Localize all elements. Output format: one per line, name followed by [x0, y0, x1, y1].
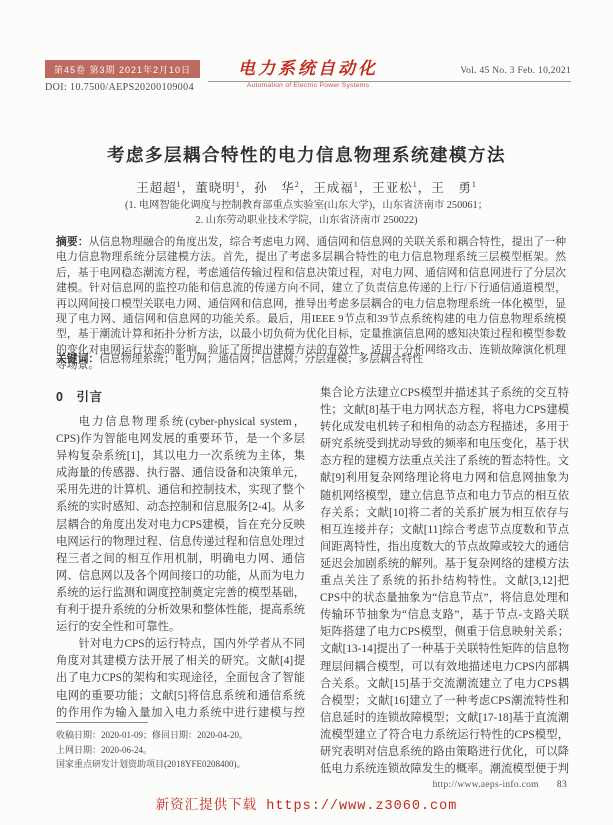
author: 孙 华2， — [254, 181, 313, 195]
footnote-block: 收稿日期：2020-01-09；修回日期：2020-04-20。 上网日期：20… — [56, 722, 308, 772]
journal-header: 第45卷 第3期 2021年2月10日 DOI: 10.7500/AEPS202… — [45, 60, 571, 108]
received-date-note: 收稿日期：2020-01-09；修回日期：2020-04-20。 — [56, 728, 308, 743]
volume-info: Vol. 45 No. 3 Feb. 10,2021 — [460, 66, 571, 76]
abstract-label: 摘要： — [56, 236, 89, 248]
affiliation-line-1: (1. 电网智能化调度与控制教育部重点实验室(山东大学)，山东省济南市 2500… — [0, 199, 613, 214]
right-column: 集合论方法建立CPS模型并描述其子系统的交互特性；文献[8]基于电力网状态方程，… — [320, 385, 569, 777]
keywords-label: 关键词： — [56, 353, 99, 365]
journal-name-en: Automation of Electric Power Systems — [213, 82, 403, 89]
body-paragraph: 电力信息物理系统(cyber-physical system，CPS)作为智能电… — [56, 414, 305, 636]
online-date-note: 上网日期：2020-06-24。 — [56, 743, 308, 758]
journal-url: http://www.aeps-info.com — [433, 780, 539, 790]
journal-logo-block: 电力系统自动化 Automation of Electric Power Sys… — [213, 60, 403, 89]
author: 王 勇1 — [431, 181, 477, 195]
abstract-text: 从信息物理融合的角度出发，综合考虑电力网、通信网和信息网的关联关系和耦合特性，提… — [56, 236, 566, 371]
author-list: 王超超1，董晓明1，孙 华2，王成福1，王亚松1，王 勇1 — [0, 178, 613, 196]
journal-logo: 电力系统自动化 — [213, 60, 403, 79]
funding-note: 国家重点研发计划资助项目(2018YFE0208400)。 — [56, 757, 308, 772]
keywords-block: 关键词：信息物理系统；电力网；通信网；信息网；分层建模；多层耦合特性 — [56, 352, 566, 367]
page-footer: http://www.aeps-info.com83 — [433, 780, 567, 790]
paper-title: 考虑多层耦合特性的电力信息物理系统建模方法 — [0, 142, 613, 167]
affiliation-line-2: 2. 山东劳动职业技术学院，山东省济南市 250022) — [0, 214, 613, 229]
affiliations: (1. 电网智能化调度与控制教育部重点实验室(山东大学)，山东省济南市 2500… — [0, 199, 613, 229]
footnote-rule — [56, 722, 148, 723]
download-watermark: 新资汇提供下载 https://www.z3060.com — [0, 793, 613, 814]
keywords-text: 信息物理系统；电力网；通信网；信息网；分层建模；多层耦合特性 — [99, 353, 423, 365]
author: 王亚松1， — [372, 181, 431, 195]
author: 王成福1， — [313, 181, 372, 195]
author: 王超超1， — [136, 181, 195, 195]
body-paragraph: 针对电力CPS的运行特点，国内外学者从不同角度对其建模方法开展了相关的研究。文献… — [56, 636, 305, 721]
page-number: 83 — [557, 780, 567, 790]
body-paragraph: 集合论方法建立CPS模型并描述其子系统的交互特性；文献[8]基于电力网状态方程，… — [320, 385, 569, 777]
paper-page: 第45卷 第3期 2021年2月10日 DOI: 10.7500/AEPS202… — [0, 0, 613, 825]
author: 董晓明1， — [195, 181, 254, 195]
body-columns: 0 引言 电力信息物理系统(cyber-physical system，CPS)… — [56, 385, 569, 777]
section-heading-introduction: 0 引言 — [56, 387, 305, 405]
issue-box: 第45卷 第3期 2021年2月10日 — [45, 60, 200, 78]
left-column: 0 引言 电力信息物理系统(cyber-physical system，CPS)… — [56, 385, 305, 721]
